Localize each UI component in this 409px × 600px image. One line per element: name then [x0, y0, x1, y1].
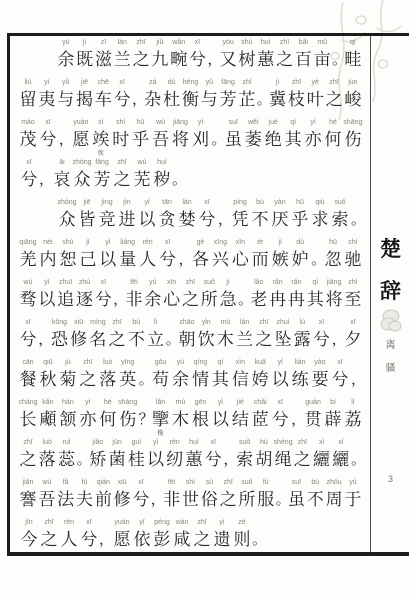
pinyin: lǎo [254, 278, 263, 287]
char-cell: jué绝 [264, 118, 282, 152]
pinyin: zhī [197, 518, 206, 527]
hanzi: 之 [255, 328, 273, 352]
hanzi: 不 [306, 488, 324, 512]
char-cell: xī兮 [39, 118, 57, 152]
hanzi: 落 [38, 448, 56, 472]
pinyin: shí [116, 118, 125, 127]
hanzi: 胡 [255, 448, 273, 472]
char-cell: gēn根 [191, 398, 209, 432]
pinyin: jiāng [327, 278, 342, 287]
char-cell: shāng伤 [119, 398, 137, 432]
pinyin: zhuī [59, 278, 72, 287]
hanzi: 兮 [159, 248, 177, 272]
hanzi: 朝 [178, 328, 196, 352]
hanzi: 兮 [79, 528, 99, 552]
hanzi: 法 [57, 488, 75, 512]
pinyin: zhī [117, 158, 126, 167]
char-cell: xī夕 [344, 318, 362, 352]
hanzi: 之 [192, 528, 212, 552]
pinyin: qí [350, 38, 356, 47]
hanzi: 落 [99, 368, 117, 392]
text-line-10: cháng长kǎn顑hàn颔yì亦hé何shāng伤？lǎn擥揽mù木gēn根y… [19, 396, 362, 436]
hanzi: 之 [325, 88, 343, 112]
char-cell: liú留 [19, 78, 37, 112]
paragraph-indent [19, 198, 56, 199]
hanzi: ， [351, 368, 362, 392]
char-cell: zhòng众 [72, 158, 92, 192]
pinyin: bù [132, 318, 140, 327]
pinyin: huì [189, 438, 199, 447]
poem-text: yú余jì既zī滋lán兰zhī之jiǔ九wǎn畹xī兮，yòu又shù树huì… [10, 36, 370, 556]
punctuation: ， [59, 118, 70, 152]
char-cell: yī依 [132, 518, 152, 552]
hanzi: 兰 [113, 48, 131, 72]
char-cell: liàn练 [291, 358, 309, 392]
char-cell: zhī之 [132, 38, 150, 72]
hanzi: 纚 [313, 448, 331, 472]
pinyin: xǐ [319, 438, 324, 447]
hanzi: 兮 [39, 128, 57, 152]
hanzi: 揭 [75, 88, 93, 112]
hanzi: 擥 [152, 408, 170, 432]
pinyin: qiū [43, 358, 52, 367]
pinyin: cān [22, 358, 33, 367]
pinyin: zhī [23, 438, 32, 447]
hanzi: 兮 [113, 88, 131, 112]
hanzi: 木 [216, 328, 234, 352]
hanzi: 咸 [172, 528, 192, 552]
pinyin: jìng [101, 198, 112, 207]
pinyin: zá [149, 78, 156, 87]
char-cell: lán兰 [236, 318, 254, 352]
pinyin: xī [210, 438, 215, 447]
pinyin: yǐ [218, 398, 223, 407]
char-cell: chí驰 [344, 238, 362, 272]
char-cell: jìn进 [118, 198, 136, 232]
hanzi: 逐 [75, 288, 93, 312]
char-cell: jùn峻 [344, 78, 362, 112]
pinyin: yīng [121, 358, 134, 367]
hanzi: 枝 [287, 88, 305, 112]
char-cell: chǎi茝 [251, 398, 269, 432]
hanzi: 嫉 [271, 248, 289, 272]
hanzi: 各 [191, 248, 209, 272]
punctuation: 。 [257, 78, 268, 112]
punctuation: ， [179, 238, 190, 272]
char-cell: zhī之 [219, 478, 237, 512]
pinyin: zhī [280, 38, 289, 47]
pinyin: hé [329, 118, 337, 127]
hanzi: ， [39, 168, 52, 192]
char-cell: zhī之 [181, 278, 199, 312]
pinyin: wú [138, 158, 147, 167]
char-cell: jí嫉 [271, 238, 289, 272]
seal-ornament-icon [379, 306, 403, 336]
hanzi: 非 [163, 488, 181, 512]
char-cell: yǐ以 [99, 238, 117, 272]
hanzi: 兮 [19, 168, 39, 192]
char-cell: luò落 [38, 438, 56, 472]
hanzi: 人 [139, 248, 157, 272]
pinyin: qíng [194, 358, 208, 367]
char-cell: zī滋 [94, 38, 112, 72]
hanzi: 虽 [287, 488, 305, 512]
char-cell: zhī之 [276, 38, 294, 72]
hanzi: 于 [344, 488, 362, 512]
hanzi: 心 [163, 288, 181, 312]
paragraph-indent [19, 38, 56, 39]
char-cell: jié结 [231, 398, 249, 432]
hanzi: 伤 [119, 408, 137, 432]
pinyin: hū [137, 118, 145, 127]
punctuation: 。 [211, 118, 222, 152]
hanzi: 英 [119, 368, 137, 392]
char-cell: xī兮 [198, 198, 216, 232]
char-cell: qí其 [284, 118, 302, 152]
text-line-8: xī兮，kǒng恐xiū修míng名zhī之bù不lì立。zhāo朝yǐn饮mù… [19, 316, 362, 356]
char-cell: fēi非 [163, 478, 181, 512]
hanzi: 将 [172, 128, 190, 152]
hanzi: 秽 [152, 168, 172, 192]
pinyin: yǐn [202, 318, 211, 327]
page-number: 3 [371, 474, 409, 484]
hanzi: 何 [99, 408, 117, 432]
pinyin: shéng [274, 438, 293, 447]
char-cell: dù妒 [291, 238, 309, 272]
char-cell: xī兮 [313, 318, 331, 352]
char-cell: bù不 [127, 318, 145, 352]
hanzi: 愿 [112, 528, 132, 552]
char-cell: jiǔ九 [151, 38, 169, 72]
char-cell: jiē皆 [78, 198, 96, 232]
pinyin: luò [103, 358, 112, 367]
hanzi: 所 [238, 488, 256, 512]
char-cell: yè叶 [306, 78, 324, 112]
hanzi: 夷 [38, 88, 56, 112]
hanzi: 时 [112, 128, 130, 152]
hanzi: 茂 [19, 128, 37, 152]
text-line-11: zhī之luò落ruǐ蕊。jiǎo矫jūn菌guì桂yǐ以rèn纫huì蕙xī兮… [19, 436, 362, 476]
text-line-7: wù骛yǐ以zhuī追zhú逐xī兮，fēi非yú余xīn心zhī之suǒ所jí… [19, 276, 362, 316]
hanzi: ， [223, 448, 234, 472]
char-cell: xī兮 [189, 38, 207, 72]
pinyin: suǒ [204, 278, 215, 287]
char-cell: huì秽 [152, 158, 172, 192]
char-cell: zhī之 [192, 518, 212, 552]
char-cell: xī兮 [19, 158, 39, 192]
pinyin: huì [157, 158, 167, 167]
hanzi: 非 [125, 288, 143, 312]
hanzi: 哀 [52, 168, 72, 192]
pinyin: shì [186, 478, 195, 487]
pinyin: shù [241, 38, 252, 47]
hanzi: ， [332, 328, 343, 352]
char-cell: huì蕙 [185, 438, 203, 472]
hanzi: 前 [94, 488, 112, 512]
hanzi: 之 [39, 528, 59, 552]
pinyin: mǔ [317, 38, 327, 47]
pinyin: zhī [83, 358, 92, 367]
char-cell: zá杂 [144, 78, 162, 112]
hanzi: 兮 [204, 448, 222, 472]
char-cell: xī兮 [94, 278, 112, 312]
char-cell: chē车 [94, 78, 112, 112]
char-cell: kǒng恐 [50, 318, 68, 352]
hanzi: ， [99, 528, 112, 552]
char-cell: xǐ纚 [313, 438, 331, 472]
pinyin: jí [278, 238, 282, 247]
hanzi: 菊 [59, 368, 77, 392]
hanzi: 以 [147, 448, 165, 472]
char-cell: lì立 [147, 318, 165, 352]
pinyin: xī [195, 38, 200, 47]
punctuation: 。 [332, 38, 343, 72]
hanzi: 将 [325, 288, 343, 312]
char-cell: qiāng羌 [19, 238, 37, 272]
pinyin: zhī [298, 438, 307, 447]
pinyin: zhǐ [242, 78, 251, 87]
pinyin: fāng [221, 78, 235, 87]
pinyin: yè [312, 78, 319, 87]
hanzi: 桂 [127, 448, 145, 472]
hanzi: 留 [19, 88, 37, 112]
pinyin: zhì [348, 278, 357, 287]
hanzi: 杜 [163, 88, 181, 112]
pinyin: yǐ [144, 198, 149, 207]
pinyin: rèn [170, 438, 180, 447]
char-cell: yīng英 [119, 358, 137, 392]
char-cell: yú余 [144, 278, 162, 312]
pinyin: yú [177, 358, 184, 367]
hanzi: ， [291, 408, 302, 432]
char-cell: zhī之 [255, 318, 273, 352]
char-cell: lù露 [293, 318, 311, 352]
pinyin: fú [263, 478, 269, 487]
char-cell: suǒ索 [331, 198, 349, 232]
char-cell: yòu又 [219, 38, 237, 72]
char-cell: yì刈 [191, 118, 209, 152]
pinyin: xīn [167, 278, 176, 287]
hanzi: 众 [72, 168, 92, 192]
hanzi: 薜 [324, 408, 342, 432]
hanzi: 。 [351, 208, 362, 232]
hanzi: 伤 [344, 128, 362, 152]
hanzi: ， [218, 208, 229, 232]
pinyin: hé [104, 398, 112, 407]
pinyin: jùn [348, 78, 357, 87]
hanzi: 以 [99, 248, 117, 272]
pinyin: zhī [136, 38, 145, 47]
pinyin: yuàn [114, 518, 129, 527]
pinyin: bù [311, 478, 319, 487]
char-cell: ér而 [251, 238, 269, 272]
char-cell: sú俗 [200, 478, 218, 512]
hanzi: 夫 [75, 488, 93, 512]
char-cell: shāng伤 [344, 118, 362, 152]
char-cell: liáng量 [119, 238, 137, 272]
hanzi: ， [132, 88, 143, 112]
pinyin: lán [240, 318, 249, 327]
pinyin: wú [42, 478, 51, 487]
hanzi: 羌 [19, 248, 37, 272]
hanzi: 苟 [152, 368, 170, 392]
char-cell: xīn心 [163, 278, 181, 312]
hanzi: 。 [166, 328, 177, 352]
hanzi: 矫 [89, 448, 107, 472]
char-cell: shù恕 [59, 238, 77, 272]
char-cell: píng凭 [231, 198, 249, 232]
hanzi: 饮 [197, 328, 215, 352]
char-cell: wǎn畹 [170, 38, 188, 72]
char-cell: gǒu苟 [152, 358, 170, 392]
pinyin: xī [101, 278, 106, 287]
pinyin: jì [276, 78, 280, 87]
pinyin: lì [154, 318, 158, 327]
hanzi: 之 [293, 448, 311, 472]
char-cell: guì桂 [127, 438, 145, 472]
pinyin: fú [82, 478, 88, 487]
hanzi: 不 [251, 208, 269, 232]
char-cell: yì亦 [304, 118, 322, 152]
hanzi: 服 [257, 488, 275, 512]
hanzi: 顑 [39, 408, 57, 432]
hanzi: 名 [89, 328, 107, 352]
hanzi: 与 [57, 88, 75, 112]
pinyin: jué [269, 118, 278, 127]
punctuation: ， [99, 518, 112, 552]
char-cell: tān贪 [158, 198, 176, 232]
pinyin: guàn [305, 398, 321, 407]
char-cell: kǎn顑 [39, 398, 57, 432]
hanzi: 餐 [19, 368, 37, 392]
hanzi: 则 [232, 528, 252, 552]
hanzi: 竢 [92, 128, 110, 152]
char-cell: cān餐 [19, 358, 37, 392]
char-cell: fú夫 [75, 478, 93, 512]
hanzi: 。 [238, 288, 249, 312]
punctuation: ， [223, 438, 234, 472]
pinyin: xī [26, 158, 31, 167]
hanzi: 彭 [152, 528, 172, 552]
char-cell: lǎn擥揽 [152, 398, 170, 432]
hanzi: 蕊 [57, 448, 75, 472]
pinyin: bǎi [299, 38, 308, 47]
char-cell: āi哀 [52, 158, 72, 192]
pinyin: fēi [168, 478, 175, 487]
pinyin: kǒng [52, 318, 67, 327]
pinyin: zhī [329, 78, 338, 87]
variant-annotation: 揽 [158, 431, 164, 437]
pinyin: rén [143, 238, 153, 247]
pinyin: chǎi [254, 398, 267, 407]
text-line-4: xī兮，āi哀zhòng众fāng芳zhī之wú芜huì秽。 [19, 156, 362, 196]
char-cell: jūn菌 [108, 438, 126, 472]
hanzi: 厌 [271, 208, 289, 232]
char-cell: yú于 [344, 478, 362, 512]
pinyin: jìn [123, 198, 130, 207]
hanzi: ， [179, 248, 190, 272]
hanzi: ？ [139, 408, 150, 432]
pinyin: gǒu [155, 358, 167, 367]
char-cell: yǔ与 [57, 78, 75, 112]
pinyin: mù [176, 398, 186, 407]
char-cell: yǐ以 [211, 398, 229, 432]
pinyin: hàn [62, 398, 74, 407]
hanzi: 兴 [211, 248, 229, 272]
char-cell: zhú逐 [75, 278, 93, 312]
char-cell: jì既 [76, 38, 94, 72]
pinyin: dù [168, 78, 176, 87]
punctuation: ？ [139, 398, 150, 432]
pinyin: yí [219, 518, 224, 527]
char-cell: bǎi百 [294, 38, 312, 72]
hanzi: 俗 [200, 488, 218, 512]
hanzi: 进 [118, 208, 136, 232]
char-cell: shéng绳 [274, 438, 292, 472]
pinyin: suī [229, 118, 238, 127]
pinyin: jiē [81, 78, 88, 87]
pinyin: zhī [259, 318, 268, 327]
pinyin: hū [329, 238, 337, 247]
pinyin: zī [101, 38, 106, 47]
text-lines: yú余jì既zī滋lán兰zhī之jiǔ九wǎn畹xī兮，yòu又shù树huì… [19, 36, 362, 556]
hanzi: 己 [79, 248, 97, 272]
pinyin: xī [337, 358, 342, 367]
hanzi: 遗 [212, 528, 232, 552]
text-line-13: jīn今zhī之rén人xī兮，yuàn愿yī依péng彭xián咸zhī之yí… [19, 516, 362, 556]
punctuation: 。 [351, 438, 362, 472]
book-title-char-1: 楚 [371, 238, 409, 260]
hanzi: 骛 [19, 288, 37, 312]
hanzi: ， [59, 128, 70, 152]
hanzi: 兰 [236, 328, 254, 352]
char-cell: zé则 [232, 518, 252, 552]
char-cell: jīn今 [19, 518, 39, 552]
hanzi: 之 [181, 288, 199, 312]
hanzi: ， [38, 328, 49, 352]
char-cell: zhǐ芷 [238, 78, 256, 112]
hanzi: 茝 [251, 408, 269, 432]
hanzi: 兮 [94, 288, 112, 312]
hanzi: 兮 [271, 408, 289, 432]
hanzi: 今 [19, 528, 39, 552]
punctuation: 。 [252, 518, 265, 552]
hanzi: 信 [231, 368, 249, 392]
char-cell: mù木 [172, 398, 190, 432]
pinyin: lì [351, 398, 355, 407]
punctuation: ， [151, 478, 162, 512]
char-cell: xǐ纚 [332, 438, 350, 472]
char-cell: bù不 [306, 478, 324, 512]
char-cell: suǒ所 [238, 478, 256, 512]
char-cell: rǎn冉 [269, 278, 287, 312]
punctuation: ， [332, 318, 343, 352]
pinyin: zé [238, 518, 245, 527]
char-cell: zhī之 [108, 318, 126, 352]
pinyin: yì [198, 118, 203, 127]
char-cell: xī兮 [271, 398, 289, 432]
char-cell: hū乎 [132, 118, 150, 152]
pinyin: xiū [118, 478, 127, 487]
char-cell: qíng情 [191, 358, 209, 392]
char-cell: suī虽 [287, 478, 305, 512]
punctuation: ， [218, 198, 229, 232]
hanzi: 之 [132, 48, 150, 72]
pinyin: shù [62, 238, 73, 247]
hanzi: 练 [291, 368, 309, 392]
pinyin: guì [131, 438, 141, 447]
char-cell: xī兮 [113, 78, 131, 112]
